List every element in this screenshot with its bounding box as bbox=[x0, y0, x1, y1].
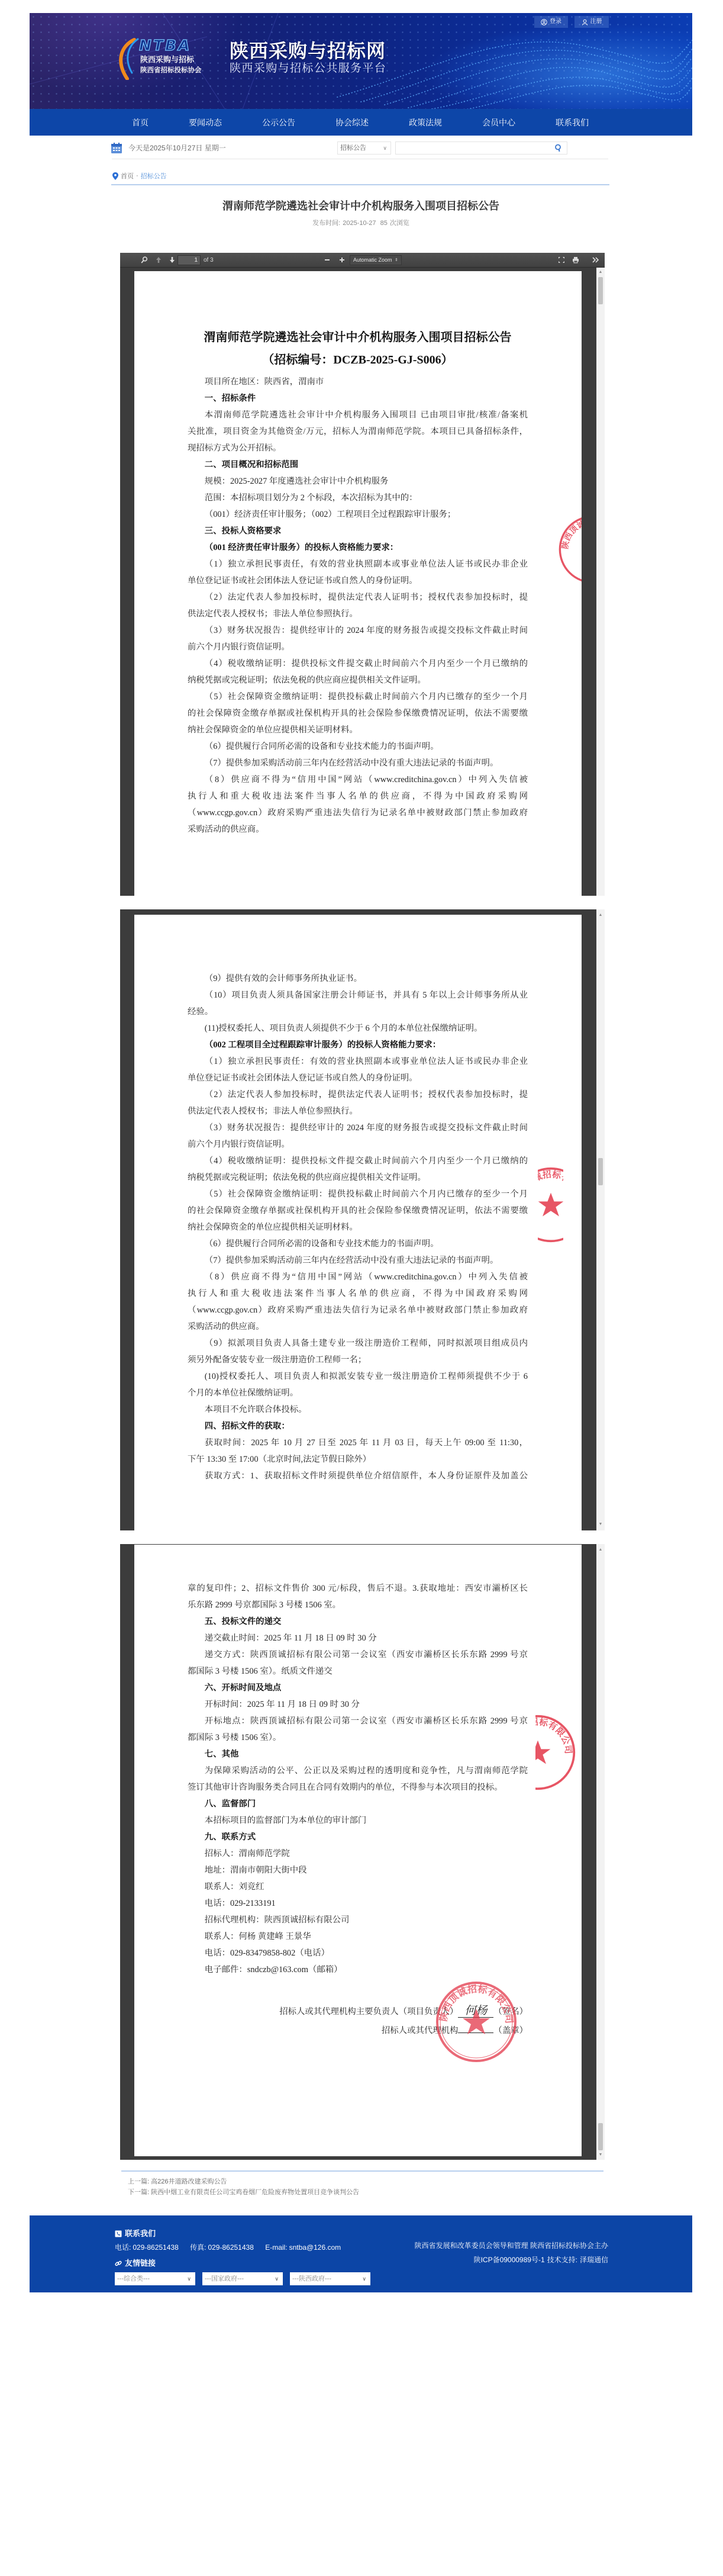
article-meta: 发布时间:2025-10-27 85次浏览 bbox=[109, 219, 612, 227]
pdf-scrollbar[interactable]: ▲ ▼ bbox=[596, 1544, 605, 2160]
support-name: 泽瑞通信 bbox=[580, 2256, 608, 2264]
doc-paragraph: （9）提供有效的会计师事务所执业证书。 bbox=[188, 970, 528, 987]
doc-line: 七、其他 bbox=[188, 1746, 528, 1763]
doc-paragraph: 规模：2025-2027 年度遴选社会审计中介机构服务 bbox=[188, 473, 528, 490]
doc-paragraph: 四、招标文件的获取： bbox=[188, 1418, 528, 1435]
select-value: ---国家政府--- bbox=[205, 2275, 244, 2282]
doc-line: 下午 13:30 至 17:00（北京时间,法定节假日除外） bbox=[188, 1451, 528, 1468]
search-input[interactable] bbox=[396, 142, 550, 154]
fax-number: 029-86251438 bbox=[208, 2243, 253, 2252]
doc-paragraphs: 章的复印件；2、招标文件售价 300 元/标段，售后不退。3.获取地址：西安市灞… bbox=[188, 1580, 528, 1978]
email-label: E-mail: bbox=[265, 2243, 287, 2252]
doc-line: （002 工程项目全过程跟踪审计服务）的投标人资格能力要求： bbox=[188, 1037, 528, 1053]
fax-label: 传真: bbox=[190, 2243, 206, 2252]
scroll-up-icon[interactable]: ▲ bbox=[596, 269, 605, 276]
doc-paragraph: 二、项目概况和招标范围 bbox=[188, 456, 528, 473]
doc-line: (10)授权委托人、项目负责人和拟派安装专业一级注册造价工程师须提供不少于 6 bbox=[188, 1368, 528, 1385]
site-logo[interactable]: NTBA 陕西采购与招标 陕西省招标投标协会 bbox=[114, 36, 227, 80]
doc-line: （8）供应商不得为“信用中国”网站（www.creditchina.gov.cn… bbox=[188, 1269, 528, 1285]
doc-line: 纳社会保障资金的单位应提供相关证明材料。 bbox=[188, 1219, 528, 1236]
nav-item-home[interactable]: 首页 bbox=[132, 117, 149, 128]
scroll-up-icon[interactable]: ▲ bbox=[596, 912, 605, 919]
nav-item-association[interactable]: 协会综述 bbox=[335, 117, 369, 128]
doc-paragraph: （6）提供履行合同所必需的设备和专业技术能力的书面声明。 bbox=[188, 738, 528, 755]
doc-line: 八、监督部门 bbox=[188, 1796, 528, 1812]
pdf-page-text: （9）提供有效的会计师事务所执业证书。（10）项目负责人须具备国家注册会计师证书… bbox=[188, 970, 528, 1484]
doc-paragraph: （7）提供参加采购活动前三年内在经营活动中没有重大违法记录的书面声明。 bbox=[188, 755, 528, 771]
doc-line: 前六个月内银行资信证明。 bbox=[188, 1136, 528, 1153]
doc-paragraph: 获取时间：2025 年 10 月 27 日至 2025 年 11 月 03 日，… bbox=[188, 1435, 528, 1468]
site-subtitle: 陕西采购与招标公共服务平台 bbox=[230, 62, 386, 75]
phone-label: 电话: bbox=[115, 2243, 131, 2252]
doc-paragraph: （5）社会保障资金缴纳证明：提供投标截止时间前六个月内已缴存的至少一个月的社会保… bbox=[188, 1186, 528, 1236]
chevron-updown-icon: ⇕ bbox=[395, 256, 398, 265]
doc-line: 现招标方式为公开招标。 bbox=[188, 440, 528, 456]
pdf-viewer: （9）提供有效的会计师事务所执业证书。（10）项目负责人须具备国家注册会计师证书… bbox=[120, 909, 605, 1530]
doc-line: 经验。 bbox=[188, 1004, 528, 1020]
zoom-in-icon[interactable] bbox=[338, 256, 346, 264]
breadcrumb: 首页 · 招标公告 bbox=[112, 172, 167, 180]
doc-line: 范围：本招标项目划分为 2 个标段，本次招标为其中的： bbox=[188, 490, 528, 506]
pdf-viewer: 1 of 3 Automatic Zoom ⇕ 渭南师范学院遴选社会审计中介机构… bbox=[120, 253, 605, 896]
doc-paragraph: 九、联系方式 bbox=[188, 1829, 528, 1845]
doc-paragraph: 本渭南师范学院遴选社会审计中介机构服务入围项目 已由项目审批/核准/备案机关批准… bbox=[188, 407, 528, 456]
nav-item-policies[interactable]: 政策法规 bbox=[409, 117, 442, 128]
doc-line: 开标地点：陕西顶诚招标有限公司第一会议室（西安市灞桥区长乐东路 2999 号京 bbox=[188, 1713, 528, 1729]
doc-paragraph: 本招标项目的监督部门为本单位的审计部门 bbox=[188, 1812, 528, 1829]
doc-paragraph: （4）税收缴纳证明：提供投标文件提交截止时间前六个月内至少一个月已缴纳的纳税凭据… bbox=[188, 655, 528, 689]
doc-paragraph: 七、其他 bbox=[188, 1746, 528, 1763]
prev-label: 上一篇: bbox=[128, 2178, 149, 2185]
doc-line: 执行人和重大税收违法案件当事人名单的供应商，不得为中国政府采购网 bbox=[188, 1285, 528, 1302]
main-nav: 首页 要闻动态 公示公告 协会综述 政策法规 会员中心 联系我们 bbox=[30, 109, 692, 136]
scrollbar-thumb[interactable] bbox=[598, 1158, 603, 1185]
links-select-general[interactable]: ---综合类---∨ bbox=[115, 2272, 195, 2285]
doc-line: 五、投标文件的递交 bbox=[188, 1613, 528, 1630]
doc-paragraph: （3）财务状况报告：提供经审计的 2024 年度的财务报告或提交投标文件截止时间… bbox=[188, 622, 528, 655]
links-heading-text: 友情链接 bbox=[125, 2259, 156, 2268]
svg-text:陕西省招标投标协会: 陕西省招标投标协会 bbox=[140, 66, 202, 74]
doc-line: 签订其他审计咨询服务类合同且在合同有效期内的单位，不得参与本次项目的投标。 bbox=[188, 1779, 528, 1796]
publish-label: 发布时间: bbox=[312, 220, 340, 227]
pdf-scrollbar[interactable]: ▲ bbox=[596, 268, 605, 896]
doc-line: （7）提供参加采购活动前三年内在经营活动中没有重大违法记录的书面声明。 bbox=[188, 1252, 528, 1269]
pdf-scrollbar[interactable]: ▲ ▼ bbox=[596, 909, 605, 1530]
signature-prefix: 招标人或其代理机构主要负责人（项目负责人） bbox=[279, 2007, 458, 2017]
doc-line: 规模：2025-2027 年度遴选社会审计中介机构服务 bbox=[188, 473, 528, 490]
doc-paragraph: （1）独立承担民事责任，有效的营业执照副本或事业单位法人证书或民办非企业单位登记… bbox=[188, 556, 528, 589]
doc-line: 六、开标时间及地点 bbox=[188, 1680, 528, 1696]
tools-menu-icon[interactable] bbox=[592, 256, 599, 264]
links-select-shaanxi-gov[interactable]: ---陕西政府---∨ bbox=[290, 2272, 370, 2285]
article-title: 渭南师范学院遴选社会审计中介机构服务入围项目招标公告 bbox=[109, 200, 612, 213]
contact-card-icon bbox=[115, 2230, 122, 2237]
doc-paragraph: 地址：渭南市朝阳大街中段 bbox=[188, 1862, 528, 1879]
scrollbar-thumb[interactable] bbox=[598, 277, 603, 304]
doc-line: 项目所在地区：陕西省，渭南市 bbox=[188, 374, 528, 390]
doc-line: （8）供应商不得为“信用中国”网站（www.creditchina.gov.cn… bbox=[188, 771, 528, 788]
doc-paragraph: (11)授权委托人、项目负责人须提供不少于 6 个月的本单位社保缴纳证明。 bbox=[188, 1020, 528, 1037]
doc-paragraph: （8）供应商不得为“信用中国”网站（www.creditchina.gov.cn… bbox=[188, 771, 528, 838]
breadcrumb-home[interactable]: 首页 bbox=[121, 171, 134, 181]
chevron-down-icon: ∨ bbox=[275, 2272, 279, 2285]
doc-line: 递交截止时间：2025 年 11 月 18 日 09 时 30 分 bbox=[188, 1630, 528, 1646]
chevron-down-icon: ∨ bbox=[383, 142, 387, 154]
previous-page-icon[interactable] bbox=[155, 256, 162, 264]
doc-paragraph: 招标人：渭南师范学院 bbox=[188, 1845, 528, 1862]
doc-line: 获取时间：2025 年 10 月 27 日至 2025 年 11 月 03 日，… bbox=[188, 1435, 528, 1451]
pdf-canvas: 渭南师范学院遴选社会审计中介机构服务入围项目招标公告（招标编号：DCZB-202… bbox=[120, 268, 596, 896]
doc-paragraph: 本项目不允许联合体投标。 bbox=[188, 1401, 528, 1418]
doc-line: 纳税凭据或完税证明；依法免税的供应商应提供相关文件证明。 bbox=[188, 672, 528, 689]
doc-line: （5）社会保障资金缴纳证明：提供投标截止时间前六个月内已缴存的至少一个月 bbox=[188, 689, 528, 705]
icp-number[interactable]: 陕ICP备09000989号-1 bbox=[474, 2256, 545, 2264]
doc-paragraph: 电话：029-83479858-802（电话） bbox=[188, 1945, 528, 1961]
red-seal-stamp: 陕西顶诚招标有限公司 bbox=[538, 1166, 563, 1243]
pdf-canvas: 章的复印件；2、招标文件售价 300 元/标段，售后不退。3.获取地址：西安市灞… bbox=[120, 1544, 596, 2160]
breadcrumb-separator: · bbox=[136, 172, 138, 179]
divider bbox=[111, 184, 609, 185]
doc-line: 采购活动的供应商。 bbox=[188, 821, 528, 838]
doc-line: 二、项目概况和招标范围 bbox=[188, 456, 528, 473]
page-number-input[interactable]: 1 bbox=[177, 255, 201, 265]
doc-paragraph: （002 工程项目全过程跟踪审计服务）的投标人资格能力要求： bbox=[188, 1037, 528, 1053]
doc-paragraph: （2）法定代表人参加投标时，提供法定代表人证明书；授权代表参加投标时，提供法定代… bbox=[188, 1086, 528, 1120]
doc-line: 联系人：何杨 黄建峰 王景华 bbox=[188, 1928, 528, 1945]
doc-line: （3）财务状况报告：提供经审计的 2024 年度的财务报告或提交投标文件截止时间 bbox=[188, 622, 528, 639]
register-button[interactable]: 注册 bbox=[574, 16, 609, 28]
doc-line: （9）提供有效的会计师事务所执业证书。 bbox=[188, 970, 528, 987]
doc-line: 四、招标文件的获取： bbox=[188, 1418, 528, 1435]
doc-line: 关批准，项目资金为其他资金/万元，招标人为渭南师范学院。本项目已具备招标条件， bbox=[188, 423, 528, 440]
doc-line: （www.ccgp.gov.cn）政府采购严重违法失信行为记录名单中被财政部门禁… bbox=[188, 805, 528, 821]
doc-paragraph: 五、投标文件的递交 bbox=[188, 1613, 528, 1630]
doc-line: （www.ccgp.gov.cn）政府采购严重违法失信行为记录名单中被财政部门禁… bbox=[188, 1302, 528, 1318]
doc-line: （9）拟派项目负责人具备土建专业一级注册造价工程师，同时拟派项目组成员内 bbox=[188, 1335, 528, 1352]
header-banner: NTBA 陕西采购与招标 陕西省招标投标协会 陕西采购与招标网 陕西采购与招标公… bbox=[30, 13, 692, 109]
select-value: ---综合类--- bbox=[117, 2275, 150, 2282]
pdf-page-2: （9）提供有效的会计师事务所执业证书。（10）项目负责人须具备国家注册会计师证书… bbox=[134, 915, 582, 1530]
doc-paragraph: （6）提供履行合同所必需的设备和专业技术能力的书面声明。 bbox=[188, 1236, 528, 1252]
doc-paragraph: （4）税收缴纳证明：提供投标文件提交截止时间前六个月内至少一个月已缴纳的纳税凭据… bbox=[188, 1153, 528, 1186]
phone-number: 029-86251438 bbox=[133, 2243, 178, 2252]
doc-line: 三、投标人资格要求 bbox=[188, 523, 528, 539]
doc-line: 须另外配备安装专业一级注册造价工程师一名； bbox=[188, 1352, 528, 1368]
pdf-page-3: 章的复印件；2、招标文件售价 300 元/标段，售后不退。3.获取地址：西安市灞… bbox=[134, 1545, 582, 2156]
doc-line: （10）项目负责人须具备国家注册会计师证书，并具有 5 年以上会计师事务所从业 bbox=[188, 987, 528, 1004]
search-box bbox=[395, 141, 567, 155]
contact-info: 电话:029-86251438 传真:029-86251438 E-mail:s… bbox=[115, 2243, 343, 2252]
doc-line: 执行人和重大税收违法案件当事人名单的供应商，不得为中国政府采购网 bbox=[188, 788, 528, 805]
doc-line: 供法定代表人授权书；非法人单位参照执行。 bbox=[188, 606, 528, 622]
doc-line: (11)授权委托人、项目负责人须提供不少于 6 个月的本单位社保缴纳证明。 bbox=[188, 1020, 528, 1037]
divider bbox=[112, 159, 608, 159]
doc-line: 单位登记证书或社会团体法人登记证书或自然人的身份证明。 bbox=[188, 1070, 528, 1086]
zoom-select[interactable]: Automatic Zoom ⇕ bbox=[350, 255, 402, 265]
doc-paragraph: （1）独立承担民事责任：有效的营业执照副本或事业单位法人证书或民办非企业单位登记… bbox=[188, 1053, 528, 1086]
doc-line: 纳税凭据或完税证明；依法免税的供应商应提供相关文件证明。 bbox=[188, 1169, 528, 1186]
view-count: 85 bbox=[380, 220, 388, 227]
doc-paragraph: 电子邮件：sndczb@163.com（邮箱） bbox=[188, 1961, 528, 1978]
footer-icp-line: 陕ICP备09000989号-1技术支持:泽瑞通信 bbox=[472, 2255, 608, 2265]
search-icon[interactable] bbox=[554, 144, 563, 152]
nav-item-news[interactable]: 要闻动态 bbox=[189, 117, 222, 128]
link-icon bbox=[115, 2260, 122, 2267]
doc-line: （4）税收缴纳证明：提供投标文件提交截止时间前六个月内至少一个月已缴纳的 bbox=[188, 1153, 528, 1169]
contact-heading-text: 联系我们 bbox=[125, 2229, 156, 2239]
doc-line: 本渭南师范学院遴选社会审计中介机构服务入围项目 已由项目审批/核准/备案机 bbox=[188, 407, 528, 423]
doc-line: （6）提供履行合同所必需的设备和专业技术能力的书面声明。 bbox=[188, 738, 528, 755]
pdf-page-text: 渭南师范学院遴选社会审计中介机构服务入围项目招标公告（招标编号：DCZB-202… bbox=[188, 326, 528, 838]
doc-line: 单位登记证书或社会团体法人登记证书或自然人的身份证明。 bbox=[188, 573, 528, 589]
doc-line: 前六个月内银行资信证明。 bbox=[188, 639, 528, 655]
links-heading: 友情链接 bbox=[115, 2259, 156, 2268]
red-seal-stamp: 陕西顶诚招标有限公司 bbox=[535, 1714, 576, 1791]
nav-item-announcements[interactable]: 公示公告 bbox=[262, 117, 295, 128]
publish-date: 2025-10-27 bbox=[343, 220, 376, 227]
pdf-page-1: 渭南师范学院遴选社会审计中介机构服务入围项目招标公告（招标编号：DCZB-202… bbox=[134, 271, 582, 896]
doc-line: 九、联系方式 bbox=[188, 1829, 528, 1845]
doc-line: 本招标项目的监督部门为本单位的审计部门 bbox=[188, 1812, 528, 1829]
doc-paragraph: 章的复印件；2、招标文件售价 300 元/标段，售后不退。3.获取地址：西安市灞… bbox=[188, 1580, 528, 1613]
seal-clip: 陕西顶诚招标有限公司 bbox=[535, 1714, 582, 1792]
red-seal-stamp: 陕西顶诚招标有限公司 bbox=[435, 1980, 518, 2063]
doc-line: 个月的本单位社保缴纳证明。 bbox=[188, 1385, 528, 1401]
doc-line: 获取方式：1、获取招标文件时须提供单位介绍信原件，本人身份证原件及加盖公 bbox=[188, 1468, 528, 1484]
doc-paragraph: 渭南师范学院遴选社会审计中介机构服务入围项目招标公告 bbox=[188, 326, 528, 349]
breadcrumb-current[interactable]: 招标公告 bbox=[141, 171, 167, 181]
links-select-national-gov[interactable]: ---国家政府---∨ bbox=[202, 2272, 283, 2285]
doc-paragraph: 为保障采购活动的公平、公正以及采购过程的透明度和竞争性，凡与渭南师范学院签订其他… bbox=[188, 1763, 528, 1796]
doc-paragraph: 八、监督部门 bbox=[188, 1796, 528, 1812]
doc-line: 乐东路 2999 号京都国际 3 号楼 1506 室。 bbox=[188, 1597, 528, 1613]
support-label: 技术支持: bbox=[547, 2256, 577, 2264]
doc-paragraph: 范围：本招标项目划分为 2 个标段，本次招标为其中的： bbox=[188, 490, 528, 506]
doc-line: 电子邮件：sndczb@163.com（邮箱） bbox=[188, 1961, 528, 1978]
doc-paragraph: 项目所在地区：陕西省，渭南市 bbox=[188, 374, 528, 390]
doc-paragraph: 开标地点：陕西顶诚招标有限公司第一会议室（西安市灞桥区长乐东路 2999 号京都… bbox=[188, 1713, 528, 1746]
nav-item-members[interactable]: 会员中心 bbox=[482, 117, 515, 128]
pdf-canvas: （9）提供有效的会计师事务所执业证书。（10）项目负责人须具备国家注册会计师证书… bbox=[120, 909, 596, 1530]
pdf-viewer: 章的复印件；2、招标文件售价 300 元/标段，售后不退。3.获取地址：西安市灞… bbox=[120, 1544, 605, 2160]
doc-paragraph: （5）社会保障资金缴纳证明：提供投标截止时间前六个月内已缴存的至少一个月的社会保… bbox=[188, 689, 528, 738]
doc-line: 纳社会保障资金的单位应提供相关证明材料。 bbox=[188, 722, 528, 738]
user-icon bbox=[582, 19, 588, 25]
pdf-page-text: 章的复印件；2、招标文件售价 300 元/标段，售后不退。3.获取地址：西安市灞… bbox=[188, 1580, 528, 2039]
doc-line: （6）提供履行合同所必需的设备和专业技术能力的书面声明。 bbox=[188, 1236, 528, 1252]
doc-line: （1）独立承担民事责任，有效的营业执照副本或事业单位法人证书或民办非企业 bbox=[188, 556, 528, 573]
scrollbar-thumb[interactable] bbox=[598, 2123, 603, 2150]
doc-paragraph: （3）财务状况报告：提供经审计的 2024 年度的财务报告或提交投标文件截止时间… bbox=[188, 1120, 528, 1153]
doc-paragraph: （2）法定代表人参加投标时，提供法定代表人证明书；授权代表参加投标时，提供法定代… bbox=[188, 589, 528, 622]
doc-line: （2）法定代表人参加投标时，提供法定代表人证明书；授权代表参加投标时，提 bbox=[188, 589, 528, 606]
doc-paragraph: （招标编号：DCZB-2025-GJ-S006） bbox=[188, 349, 528, 371]
site-title: 陕西采购与招标网 bbox=[230, 40, 386, 62]
doc-line: 电话：029-83479858-802（电话） bbox=[188, 1945, 528, 1961]
next-page-icon[interactable] bbox=[169, 256, 176, 264]
seal-clip: 陕西顶诚招标有限公司 bbox=[538, 1166, 563, 1244]
doc-paragraph: （001 经济责任审计服务）的投标人资格能力要求： bbox=[188, 539, 528, 556]
doc-line: 采购活动的供应商。 bbox=[188, 1318, 528, 1335]
zoom-level: Automatic Zoom bbox=[353, 257, 392, 263]
doc-paragraph: 六、开标时间及地点 bbox=[188, 1680, 528, 1696]
doc-paragraph: 一、招标条件 bbox=[188, 390, 528, 407]
doc-line: 开标时间：2025 年 11 月 18 日 09 时 30 分 bbox=[188, 1696, 528, 1713]
doc-line: （2）法定代表人参加投标时，提供法定代表人证明书；授权代表参加投标时，提 bbox=[188, 1086, 528, 1103]
doc-line: 章的复印件；2、招标文件售价 300 元/标段，售后不退。3.获取地址：西安市灞… bbox=[188, 1580, 528, 1597]
divider bbox=[121, 2170, 603, 2172]
doc-line: （4）税收缴纳证明：提供投标文件提交截止时间前六个月内至少一个月已缴纳的 bbox=[188, 655, 528, 672]
doc-paragraph: （8）供应商不得为“信用中国”网站（www.creditchina.gov.cn… bbox=[188, 1269, 528, 1335]
scroll-down-icon[interactable]: ▼ bbox=[596, 2152, 605, 2159]
doc-line: 的社会保障资金缴存单据或社保机构开具的社会保险参保缴费情况证明，依法不需要缴 bbox=[188, 705, 528, 722]
doc-paragraph: （7）提供参加采购活动前三年内在经营活动中没有重大违法记录的书面声明。 bbox=[188, 1252, 528, 1269]
register-label: 注册 bbox=[590, 16, 602, 28]
doc-line: 的社会保障资金缴存单据或社保机构开具的社会保险参保缴费情况证明，依法不需要缴 bbox=[188, 1202, 528, 1219]
today-date: 今天是2025年10月27日 星期一 bbox=[128, 143, 226, 153]
doc-paragraph: 递交方式：陕西顶诚招标有限公司第一会议室（西安市灞桥区长乐东路 2999 号京都… bbox=[188, 1646, 528, 1680]
doc-line: （001）经济责任审计服务；（002）工程项目全过程跟踪审计服务； bbox=[188, 506, 528, 523]
doc-paragraph: 三、投标人资格要求 bbox=[188, 523, 528, 539]
doc-line: 递交方式：陕西顶诚招标有限公司第一会议室（西安市灞桥区长乐东路 2999 号京 bbox=[188, 1646, 528, 1663]
footer-org-line: 陕西省发展和改革委员会领导和管理 陕西省招标投标协会主办 bbox=[415, 2241, 608, 2250]
doc-line: 一、招标条件 bbox=[188, 390, 528, 407]
doc-paragraph: （10）项目负责人须具备国家注册会计师证书，并具有 5 年以上会计师事务所从业经… bbox=[188, 987, 528, 1020]
doc-paragraph: 开标时间：2025 年 11 月 18 日 09 时 30 分 bbox=[188, 1696, 528, 1713]
doc-paragraph: 递交截止时间：2025 年 11 月 18 日 09 时 30 分 bbox=[188, 1630, 528, 1646]
doc-line: 为保障采购活动的公平、公正以及采购过程的透明度和竞争性，凡与渭南师范学院 bbox=[188, 1763, 528, 1779]
doc-line: 都国际 3 号楼 1506 室）。纸质文件递交 bbox=[188, 1663, 528, 1680]
doc-line: 都国际 3 号楼 1506 室）。 bbox=[188, 1729, 528, 1746]
contact-heading: 联系我们 bbox=[115, 2229, 156, 2239]
select-value: ---陕西政府--- bbox=[292, 2275, 331, 2282]
doc-paragraph: (10)授权委托人、项目负责人和拟派安装专业一级注册造价工程师须提供不少于 6个… bbox=[188, 1368, 528, 1401]
svg-text:陕西顶诚招标有限公司: 陕西顶诚招标有限公司 bbox=[535, 1716, 574, 1754]
zoom-out-icon[interactable] bbox=[324, 256, 331, 264]
doc-line: （7）提供参加采购活动前三年内在经营活动中没有重大违法记录的书面声明。 bbox=[188, 755, 528, 771]
calendar-icon bbox=[111, 142, 122, 154]
chevron-down-icon: ∨ bbox=[187, 2272, 191, 2285]
scroll-down-icon[interactable]: ▼ bbox=[596, 1521, 605, 1528]
doc-paragraph: （9）拟派项目负责人具备土建专业一级注册造价工程师，同时拟派项目组成员内须另外配… bbox=[188, 1335, 528, 1368]
prev-title[interactable]: 高226井道路改建采购公告 bbox=[151, 2178, 227, 2185]
scroll-up-icon[interactable]: ▲ bbox=[596, 1546, 605, 1554]
nav-item-contact[interactable]: 联系我们 bbox=[556, 117, 589, 128]
email-address[interactable]: sntba@126.com bbox=[289, 2243, 341, 2252]
next-label: 下一篇: bbox=[128, 2189, 149, 2196]
svg-text:NTBA: NTBA bbox=[139, 37, 191, 54]
doc-paragraph: 联系人：刘竞红 bbox=[188, 1879, 528, 1895]
doc-line: （招标编号：DCZB-2025-GJ-S006） bbox=[188, 349, 528, 371]
doc-paragraph: 联系人：何杨 黄建峰 王景华 bbox=[188, 1928, 528, 1945]
doc-paragraph: 电话：029-2133191 bbox=[188, 1895, 528, 1912]
pdf-toolbar: 1 of 3 Automatic Zoom ⇕ bbox=[120, 253, 605, 268]
doc-line: 渭南师范学院遴选社会审计中介机构服务入围项目招标公告 bbox=[188, 326, 528, 349]
search-icon[interactable] bbox=[141, 256, 148, 264]
login-button[interactable]: 登录 bbox=[534, 16, 568, 28]
doc-paragraph: 招标代理机构：陕西顶诚招标有限公司 bbox=[188, 1912, 528, 1928]
svg-text:陕西采购与招标: 陕西采购与招标 bbox=[140, 55, 195, 65]
doc-line: （1）独立承担民事责任：有效的营业执照副本或事业单位法人证书或民办非企业 bbox=[188, 1053, 528, 1070]
search-category-value: 招标公告 bbox=[340, 144, 366, 152]
doc-line: 供法定代表人授权书；非法人单位参照执行。 bbox=[188, 1103, 528, 1120]
doc-line: 电话：029-2133191 bbox=[188, 1895, 528, 1912]
print-icon[interactable] bbox=[572, 256, 579, 264]
next-title[interactable]: 陕西中烟工业有限责任公司宝鸡卷烟厂危险废弃物处置项目竞争谈判公告 bbox=[151, 2189, 359, 2196]
doc-line: （3）财务状况报告：提供经审计的 2024 年度的财务报告或提交投标文件截止时间 bbox=[188, 1120, 528, 1136]
doc-line: （001 经济责任审计服务）的投标人资格能力要求： bbox=[188, 539, 528, 556]
chevron-down-icon: ∨ bbox=[362, 2272, 366, 2285]
view-count-suffix: 次浏览 bbox=[390, 220, 409, 227]
doc-line: 本项目不允许联合体投标。 bbox=[188, 1401, 528, 1418]
user-circle-icon bbox=[541, 19, 547, 25]
search-category-select[interactable]: 招标公告 ∨ bbox=[337, 141, 391, 155]
doc-paragraph: 获取方式：1、获取招标文件时须提供单位介绍信原件，本人身份证原件及加盖公 bbox=[188, 1468, 528, 1484]
doc-line: 招标代理机构：陕西顶诚招标有限公司 bbox=[188, 1912, 528, 1928]
location-pin-icon bbox=[112, 172, 118, 180]
doc-line: 招标人：渭南师范学院 bbox=[188, 1845, 528, 1862]
doc-line: 地址：渭南市朝阳大街中段 bbox=[188, 1862, 528, 1879]
page-count: of 3 bbox=[204, 256, 214, 264]
doc-paragraph: （001）经济责任审计服务；（002）工程项目全过程跟踪审计服务； bbox=[188, 506, 528, 523]
presentation-mode-icon[interactable] bbox=[558, 256, 565, 264]
footer: 联系我们 电话:029-86251438 传真:029-86251438 E-m… bbox=[30, 2215, 692, 2292]
next-article-link[interactable]: 下一篇: 陕西中烟工业有限责任公司宝鸡卷烟厂危险废弃物处置项目竞争谈判公告 bbox=[128, 2188, 359, 2196]
doc-line: 联系人：刘竞红 bbox=[188, 1879, 528, 1895]
previous-article-link[interactable]: 上一篇: 高226井道路改建采购公告 bbox=[128, 2178, 227, 2186]
login-label: 登录 bbox=[550, 16, 561, 28]
red-seal-stamp: 陕西顶诚招标有限公司 bbox=[558, 514, 582, 584]
doc-line: （5）社会保障资金缴纳证明：提供投标截止时间前六个月内已缴存的至少一个月 bbox=[188, 1186, 528, 1202]
